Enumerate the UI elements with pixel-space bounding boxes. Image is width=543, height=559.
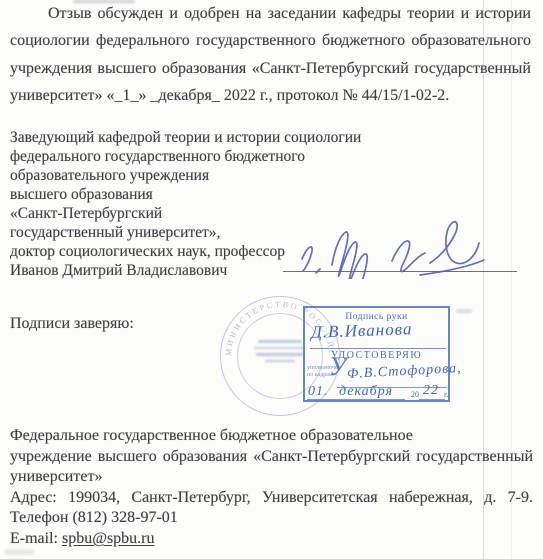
stamp-date-day: 01. — [308, 384, 329, 400]
text-line: Телефон (812) 328-97-01 — [10, 508, 533, 529]
scan-smudge-bottom — [4, 549, 34, 555]
certify-label: Подписи заверяю: — [10, 315, 134, 333]
stamp-handwritten-signature: Ф.В.Стофорова, — [347, 361, 462, 383]
stamp-handwritten-name: Д.В.Иванова — [311, 319, 413, 343]
email-link[interactable]: spbu@spbu.ru — [62, 530, 155, 547]
text-line: социологии федерального государственного… — [10, 27, 531, 54]
email-line: E-mail: spbu@spbu.ru — [10, 529, 533, 550]
text-line: Отзыв обсужден и одобрен на заседании ка… — [10, 0, 531, 27]
stamp-signature-flourish: У — [329, 352, 347, 382]
stamp-rule — [419, 399, 445, 400]
text-line: Заведующий кафедрой теории и истории соц… — [10, 128, 370, 147]
footer-block: Федеральное государственное бюджетное об… — [10, 426, 533, 550]
text-line: образовательного учреждения — [10, 166, 370, 185]
notary-stamp: Подпись руки Д.В.Иванова УДОСТОВЕРЯЮ упо… — [303, 306, 450, 402]
text-line: учреждения высшего образования «Санкт-Пе… — [10, 55, 531, 82]
text-line: университет» «_1_» _декабря_ 2022 г., пр… — [10, 82, 531, 109]
email-label: E-mail: — [10, 530, 62, 547]
text-line: Федеральное государственное бюджетное об… — [10, 426, 533, 447]
stamp-date-year: 22 — [423, 383, 439, 399]
stamp-date-month: декабря — [339, 384, 393, 400]
scan-pencil-mark — [456, 309, 472, 313]
text-line: университет» — [10, 467, 533, 488]
scanned-document-page: Отзыв обсужден и одобрен на заседании ка… — [0, 0, 543, 559]
text-line: высшего образования — [10, 185, 370, 204]
text-line: федерального государственного бюджетного — [10, 147, 370, 166]
stamp-century-prefix: 20 — [411, 390, 419, 399]
text-line: учреждение высшего образования «Санкт-Пе… — [10, 447, 533, 468]
stamp-year-suffix: г. — [444, 390, 448, 399]
stamp-rule — [307, 399, 405, 400]
handwritten-signature-ivanov — [272, 213, 522, 279]
text-line: Адрес: 199034, Санкт-Петербург, Универси… — [10, 488, 533, 509]
intro-paragraph: Отзыв обсужден и одобрен на заседании ка… — [10, 0, 531, 110]
stamp-rule — [310, 348, 446, 349]
stamp-certify-word: УДОСТОВЕРЯЮ — [305, 350, 448, 361]
